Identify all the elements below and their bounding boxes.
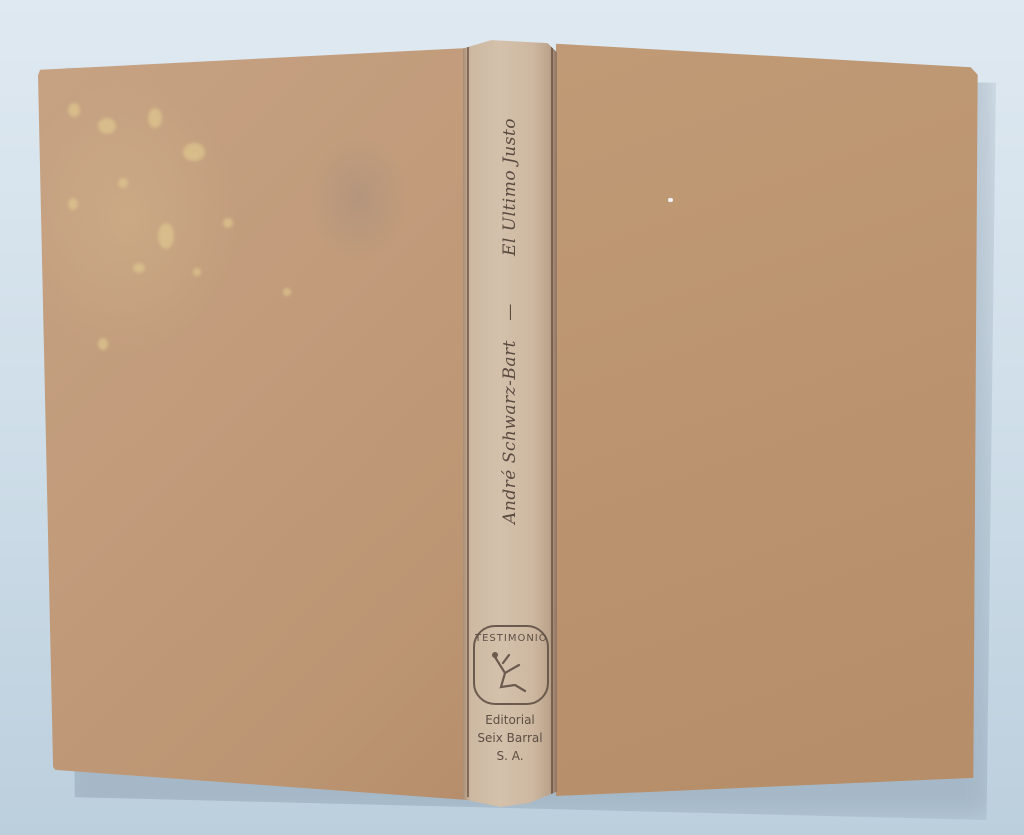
publisher-line-3: S. A. <box>466 749 554 763</box>
back-cover <box>38 48 468 800</box>
testimonio-logo: TESTIMONIO <box>473 625 549 705</box>
stain <box>148 108 162 128</box>
cover-wear-mark <box>668 198 673 202</box>
stain <box>68 198 78 210</box>
spine-hinge-right <box>551 47 553 797</box>
publisher-line-2: Seix Barral <box>466 731 554 745</box>
spine-author: André Schwarz-Bart <box>500 340 520 524</box>
stain <box>183 143 205 161</box>
stain <box>223 218 233 228</box>
stain <box>98 118 116 134</box>
spine-separator: — <box>500 303 520 321</box>
book-photo: El Ultimo Justo — André Schwarz-Bart TES… <box>0 0 1024 835</box>
stain <box>118 178 128 188</box>
spine-title: El Ultimo Justo <box>500 118 520 256</box>
running-figure-icon <box>475 635 547 705</box>
stain <box>283 288 291 296</box>
stain <box>158 223 174 249</box>
publisher-line-1: Editorial <box>466 713 554 727</box>
stain <box>68 103 80 117</box>
front-cover <box>556 40 988 796</box>
stain <box>98 338 108 350</box>
stain <box>133 263 145 273</box>
spine-hinge-left <box>467 47 469 797</box>
stain <box>193 268 201 276</box>
